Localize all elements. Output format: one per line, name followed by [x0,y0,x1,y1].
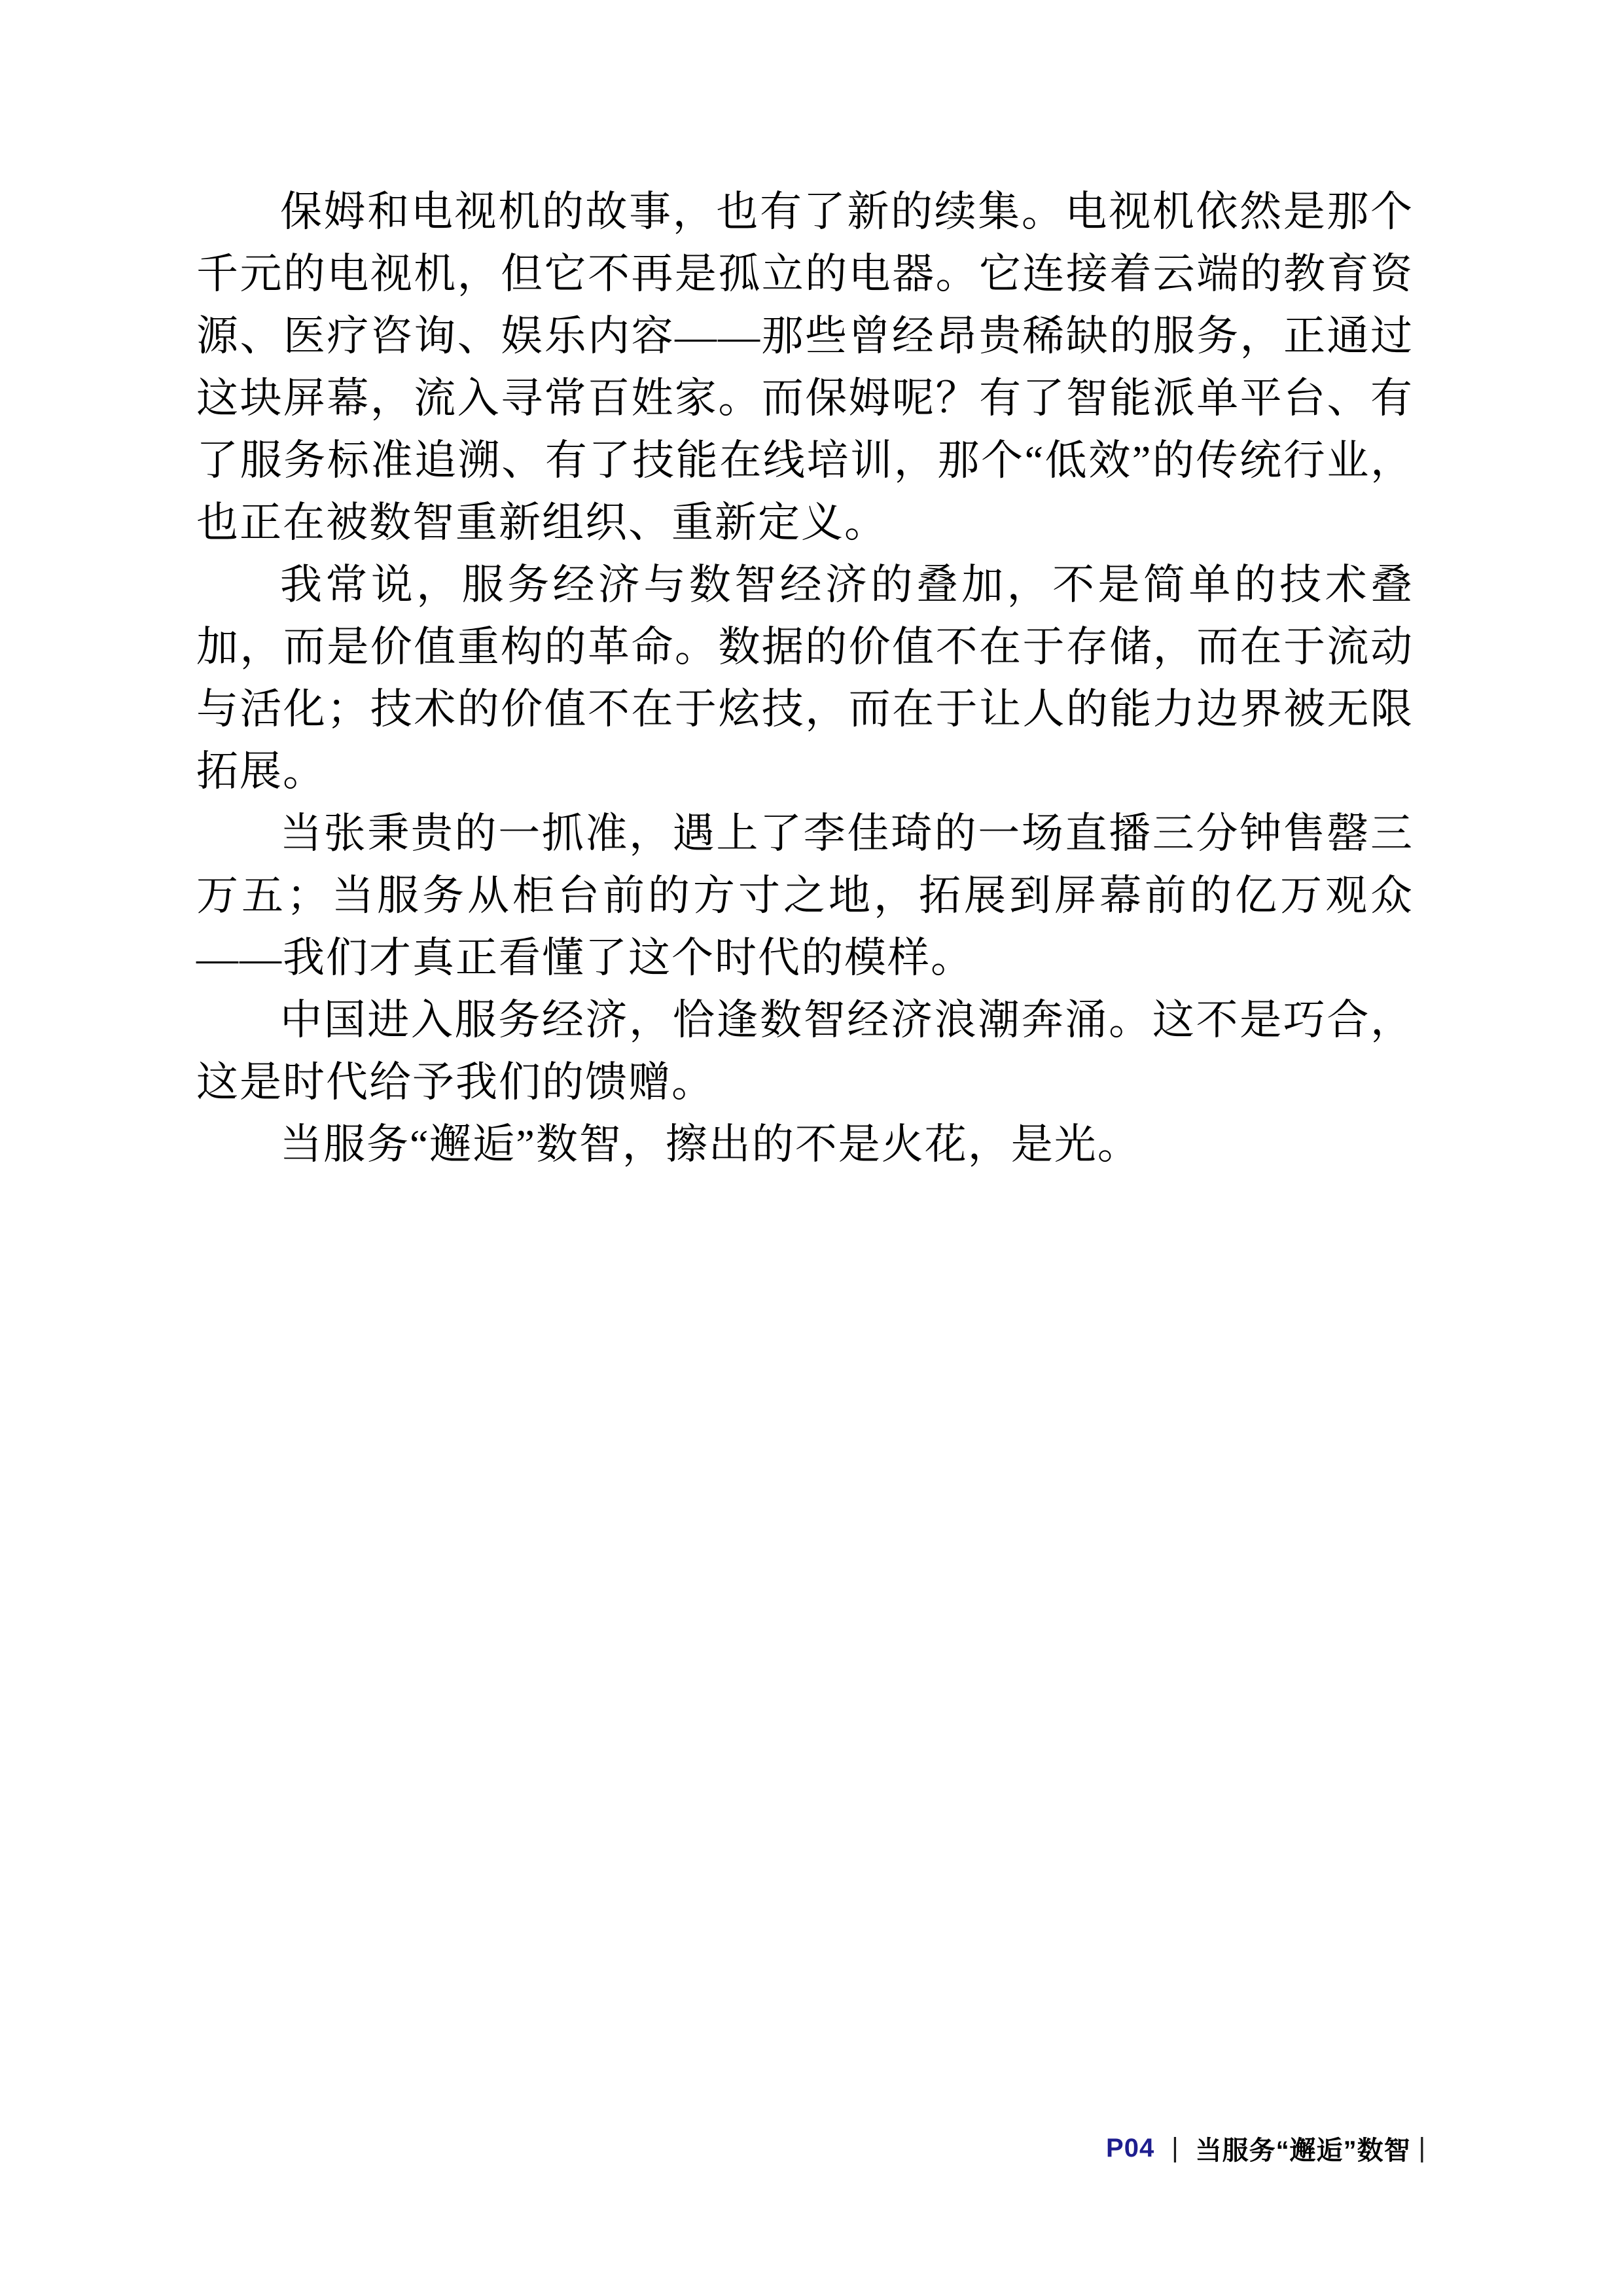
footer-chapter-title: 当服务“邂逅”数智 [1196,2130,1411,2167]
document-page: 保姆和电视机的故事，也有了新的续集。电视机依然是那个千元的电视机，但它不再是孤立… [0,0,1623,2296]
paragraph-4: 中国进入服务经济，恰逢数智经济浪潮奔涌。这不是巧合，这是时代给予我们的馈赠。 [196,989,1414,1113]
paragraph-3: 当张秉贵的一抓准，遇上了李佳琦的一场直播三分钟售罄三万五；当服务从柜台前的方寸之… [196,802,1414,989]
article-body: 保姆和电视机的故事，也有了新的续集。电视机依然是那个千元的电视机，但它不再是孤立… [196,181,1414,1175]
paragraph-2: 我常说，服务经济与数智经济的叠加，不是简单的技术叠加，而是价值重构的革命。数据的… [196,554,1414,802]
page-footer: P04 | 当服务“邂逅”数智 | [1106,2131,1425,2165]
paragraph-1: 保姆和电视机的故事，也有了新的续集。电视机依然是那个千元的电视机，但它不再是孤立… [196,181,1414,554]
footer-separator: | [1171,2132,1178,2163]
page-number: P04 [1106,2134,1154,2163]
footer-end-separator: | [1419,2132,1425,2163]
paragraph-5: 当服务“邂逅”数智，擦出的不是火花，是光。 [196,1113,1414,1175]
